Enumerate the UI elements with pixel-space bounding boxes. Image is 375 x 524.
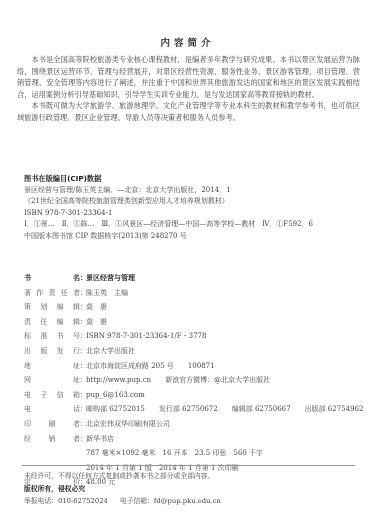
- colophon-row-isbn: 标准书号 ： ISBN 978-7-301-23364-1/F・3778: [24, 329, 364, 344]
- field-label: 地址: [24, 359, 80, 374]
- colophon: 书 名 ： 景区经营与管理 著作责任者 ： 陈玉英 主编 策划编辑 ： 莫 愚 …: [24, 271, 364, 490]
- colophon-row-website: 网址 ： http://www.pup.cn新浪官方微博：@北京大学出版社: [24, 373, 364, 388]
- colophon-row-planning-editor: 策划编辑 ： 莫 愚: [24, 300, 364, 315]
- address-value: 北京市海淀区成府路 205 号: [86, 362, 174, 370]
- colophon-row-address: 地址 ： 北京市海淀区成府路 205 号100871: [24, 359, 364, 374]
- field-label: 经销者: [24, 432, 80, 447]
- cip-line-title: 景区经营与管理/陈玉英主编．—北京：北京大学出版社，2014．1: [24, 185, 359, 196]
- colophon-row-responsible-editor: 责任编辑 ： 莫 愚: [24, 315, 364, 330]
- printer-value: 北京宏伟双华印刷有限公司: [86, 417, 170, 432]
- field-label: 著作责任者: [24, 286, 80, 301]
- report-email[interactable]: 电子信箱：fd@pup.pku.edu.cn: [120, 497, 221, 505]
- report-phone: 举报电话：010-62752024: [24, 497, 108, 505]
- field-label: 标准书号: [24, 329, 80, 344]
- colophon-row-printer: 印刷者 ： 北京宏伟双华印刷有限公司: [24, 417, 364, 432]
- field-label: 出版发行: [24, 344, 80, 359]
- planning-editor-value: 莫 愚: [86, 300, 107, 315]
- phone-distribution: 发行部 62750672: [159, 405, 218, 413]
- colophon-row-book-title: 书 名 ： 景区经营与管理: [24, 271, 364, 286]
- colophon-row-format: 787 毫米×1092 毫米 16 开本 23.5 印张 560 千字: [24, 446, 364, 461]
- phone-publishing: 出版部 62754962: [305, 405, 364, 413]
- format-value: 787 毫米×1092 毫米 16 开本 23.5 印张 560 千字: [86, 446, 263, 461]
- rights-reserved: 版权所有，侵权必究: [24, 483, 359, 496]
- cip-line-isbn: ISBN 978-7-301-23364-1: [24, 208, 359, 219]
- copy-notice: 未经许可，不得以任何方式复制或抄袭本书之部分或全部内容。: [24, 470, 359, 483]
- cip-heading: 图书在版编目(CIP)数据: [24, 172, 359, 185]
- intro-title: 内容简介: [0, 35, 375, 49]
- divider-rule: [22, 465, 355, 466]
- report-contacts: 举报电话：010-62752024电子信箱：fd@pup.pku.edu.cn: [24, 495, 359, 508]
- publisher-value: 北京大学出版社: [86, 344, 135, 359]
- book-title-value: 景区经营与管理: [86, 271, 135, 286]
- postcode-value: 100871: [188, 362, 215, 370]
- cip-data-block: 图书在版编目(CIP)数据 景区经营与管理/陈玉英主编．—北京：北京大学出版社，…: [24, 172, 359, 242]
- field-label: 印刷者: [24, 417, 80, 432]
- field-label: 策划编辑: [24, 300, 80, 315]
- field-label: 网址: [24, 373, 80, 388]
- field-label: 责任编辑: [24, 315, 80, 330]
- website-link[interactable]: http://www.pup.cn: [86, 376, 151, 384]
- distributor-value: 新华书店: [86, 432, 114, 447]
- responsible-editor-value: 莫 愚: [86, 315, 107, 330]
- intro-paragraph-2: 本书既可做为大学旅游学、旅游地理学、文化产业管理学等专业本科生的教材和教学参考书…: [17, 100, 360, 123]
- intro-paragraph-1: 本书是全国高等院校旅游类专业核心课程教材，是编者多年教学与研究成果。本书以景区发…: [17, 54, 360, 100]
- colophon-row-phone: 电话 ： 邮购部 62752015发行部 62750672编辑部 6275066…: [24, 402, 364, 417]
- isbn-value: ISBN 978-7-301-23364-1/F・3778: [86, 329, 206, 344]
- cip-line-record: 中国版本图书馆 CIP 数据核字(2013)第 248270 号: [24, 231, 359, 242]
- colophon-row-distributor: 经销者 ： 新华书店: [24, 432, 364, 447]
- phone-editorial: 编辑部 62750667: [232, 405, 291, 413]
- weibo-value: 新浪官方微博：@北京大学出版社: [165, 376, 270, 384]
- author-value: 陈玉英 主编: [86, 286, 128, 301]
- field-label: 电子信箱: [24, 388, 80, 403]
- colophon-row-author: 著作责任者 ： 陈玉英 主编: [24, 286, 364, 301]
- colophon-row-publisher: 出版发行 ： 北京大学出版社: [24, 344, 364, 359]
- copyright-page: 内容简介 本书是全国高等院校旅游类专业核心课程教材，是编者多年教学与研究成果。本…: [0, 0, 375, 524]
- phone-mail-order: 邮购部 62752015: [86, 405, 145, 413]
- intro-body: 本书是全国高等院校旅游类专业核心课程教材，是编者多年教学与研究成果。本书以景区发…: [17, 54, 360, 124]
- field-label: 电话: [24, 402, 80, 417]
- cip-line-subjects: Ⅰ．①景… Ⅱ．①陈… Ⅲ．①风景区—经济管理—中国—高等学校—教材 Ⅳ．①F5…: [24, 219, 359, 230]
- cip-line-series: （21世纪全国高等院校旅游管理类创新型应用人才培养规划教材）: [24, 196, 359, 207]
- email-link[interactable]: pup_6@163.com: [86, 388, 145, 403]
- rights-footer: 未经许可，不得以任何方式复制或抄袭本书之部分或全部内容。 版权所有，侵权必究 举…: [24, 470, 359, 508]
- colophon-row-email: 电子信箱 ： pup_6@163.com: [24, 388, 364, 403]
- field-label: 书 名: [24, 271, 80, 286]
